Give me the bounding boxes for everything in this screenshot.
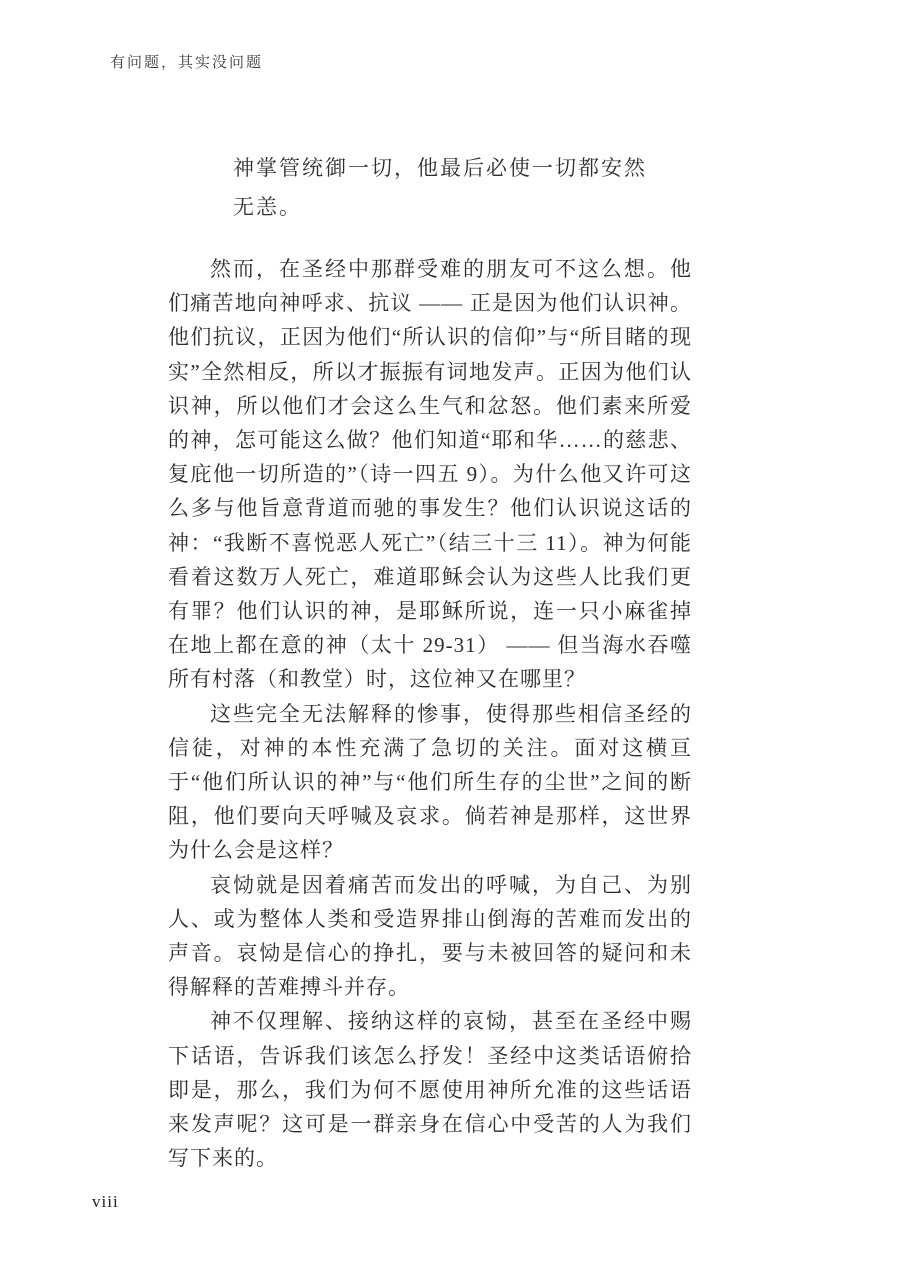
paragraph: 这些完全无法解释的惨事，使得那些相信圣经的信徒，对神的本性充满了急切的关注。面对… [168,697,692,868]
epigraph-quote: 神掌管统御一切，他最后必使一切都安然 无恙。 [233,149,713,227]
epigraph-line: 无恙。 [233,188,713,227]
book-page: 有问题，其实没问题 神掌管统御一切，他最后必使一切都安然 无恙。 然而，在圣经中… [0,0,900,1277]
paragraph: 然而，在圣经中那群受难的朋友可不这么想。他们痛苦地向神呼求、抗议 —— 正是因为… [168,252,692,697]
paragraph: 哀恸就是因着痛苦而发出的呼喊，为自己、为别人、或为整体人类和受造界排山倒海的苦难… [168,868,692,1005]
paragraph: 神不仅理解、接纳这样的哀恸，甚至在圣经中赐下话语，告诉我们该怎么抒发！圣经中这类… [168,1004,692,1175]
running-header: 有问题，其实没问题 [110,51,263,72]
page-number: viii [92,1192,119,1212]
epigraph-line: 神掌管统御一切，他最后必使一切都安然 [233,149,713,188]
body-text: 然而，在圣经中那群受难的朋友可不这么想。他们痛苦地向神呼求、抗议 —— 正是因为… [168,252,692,1175]
